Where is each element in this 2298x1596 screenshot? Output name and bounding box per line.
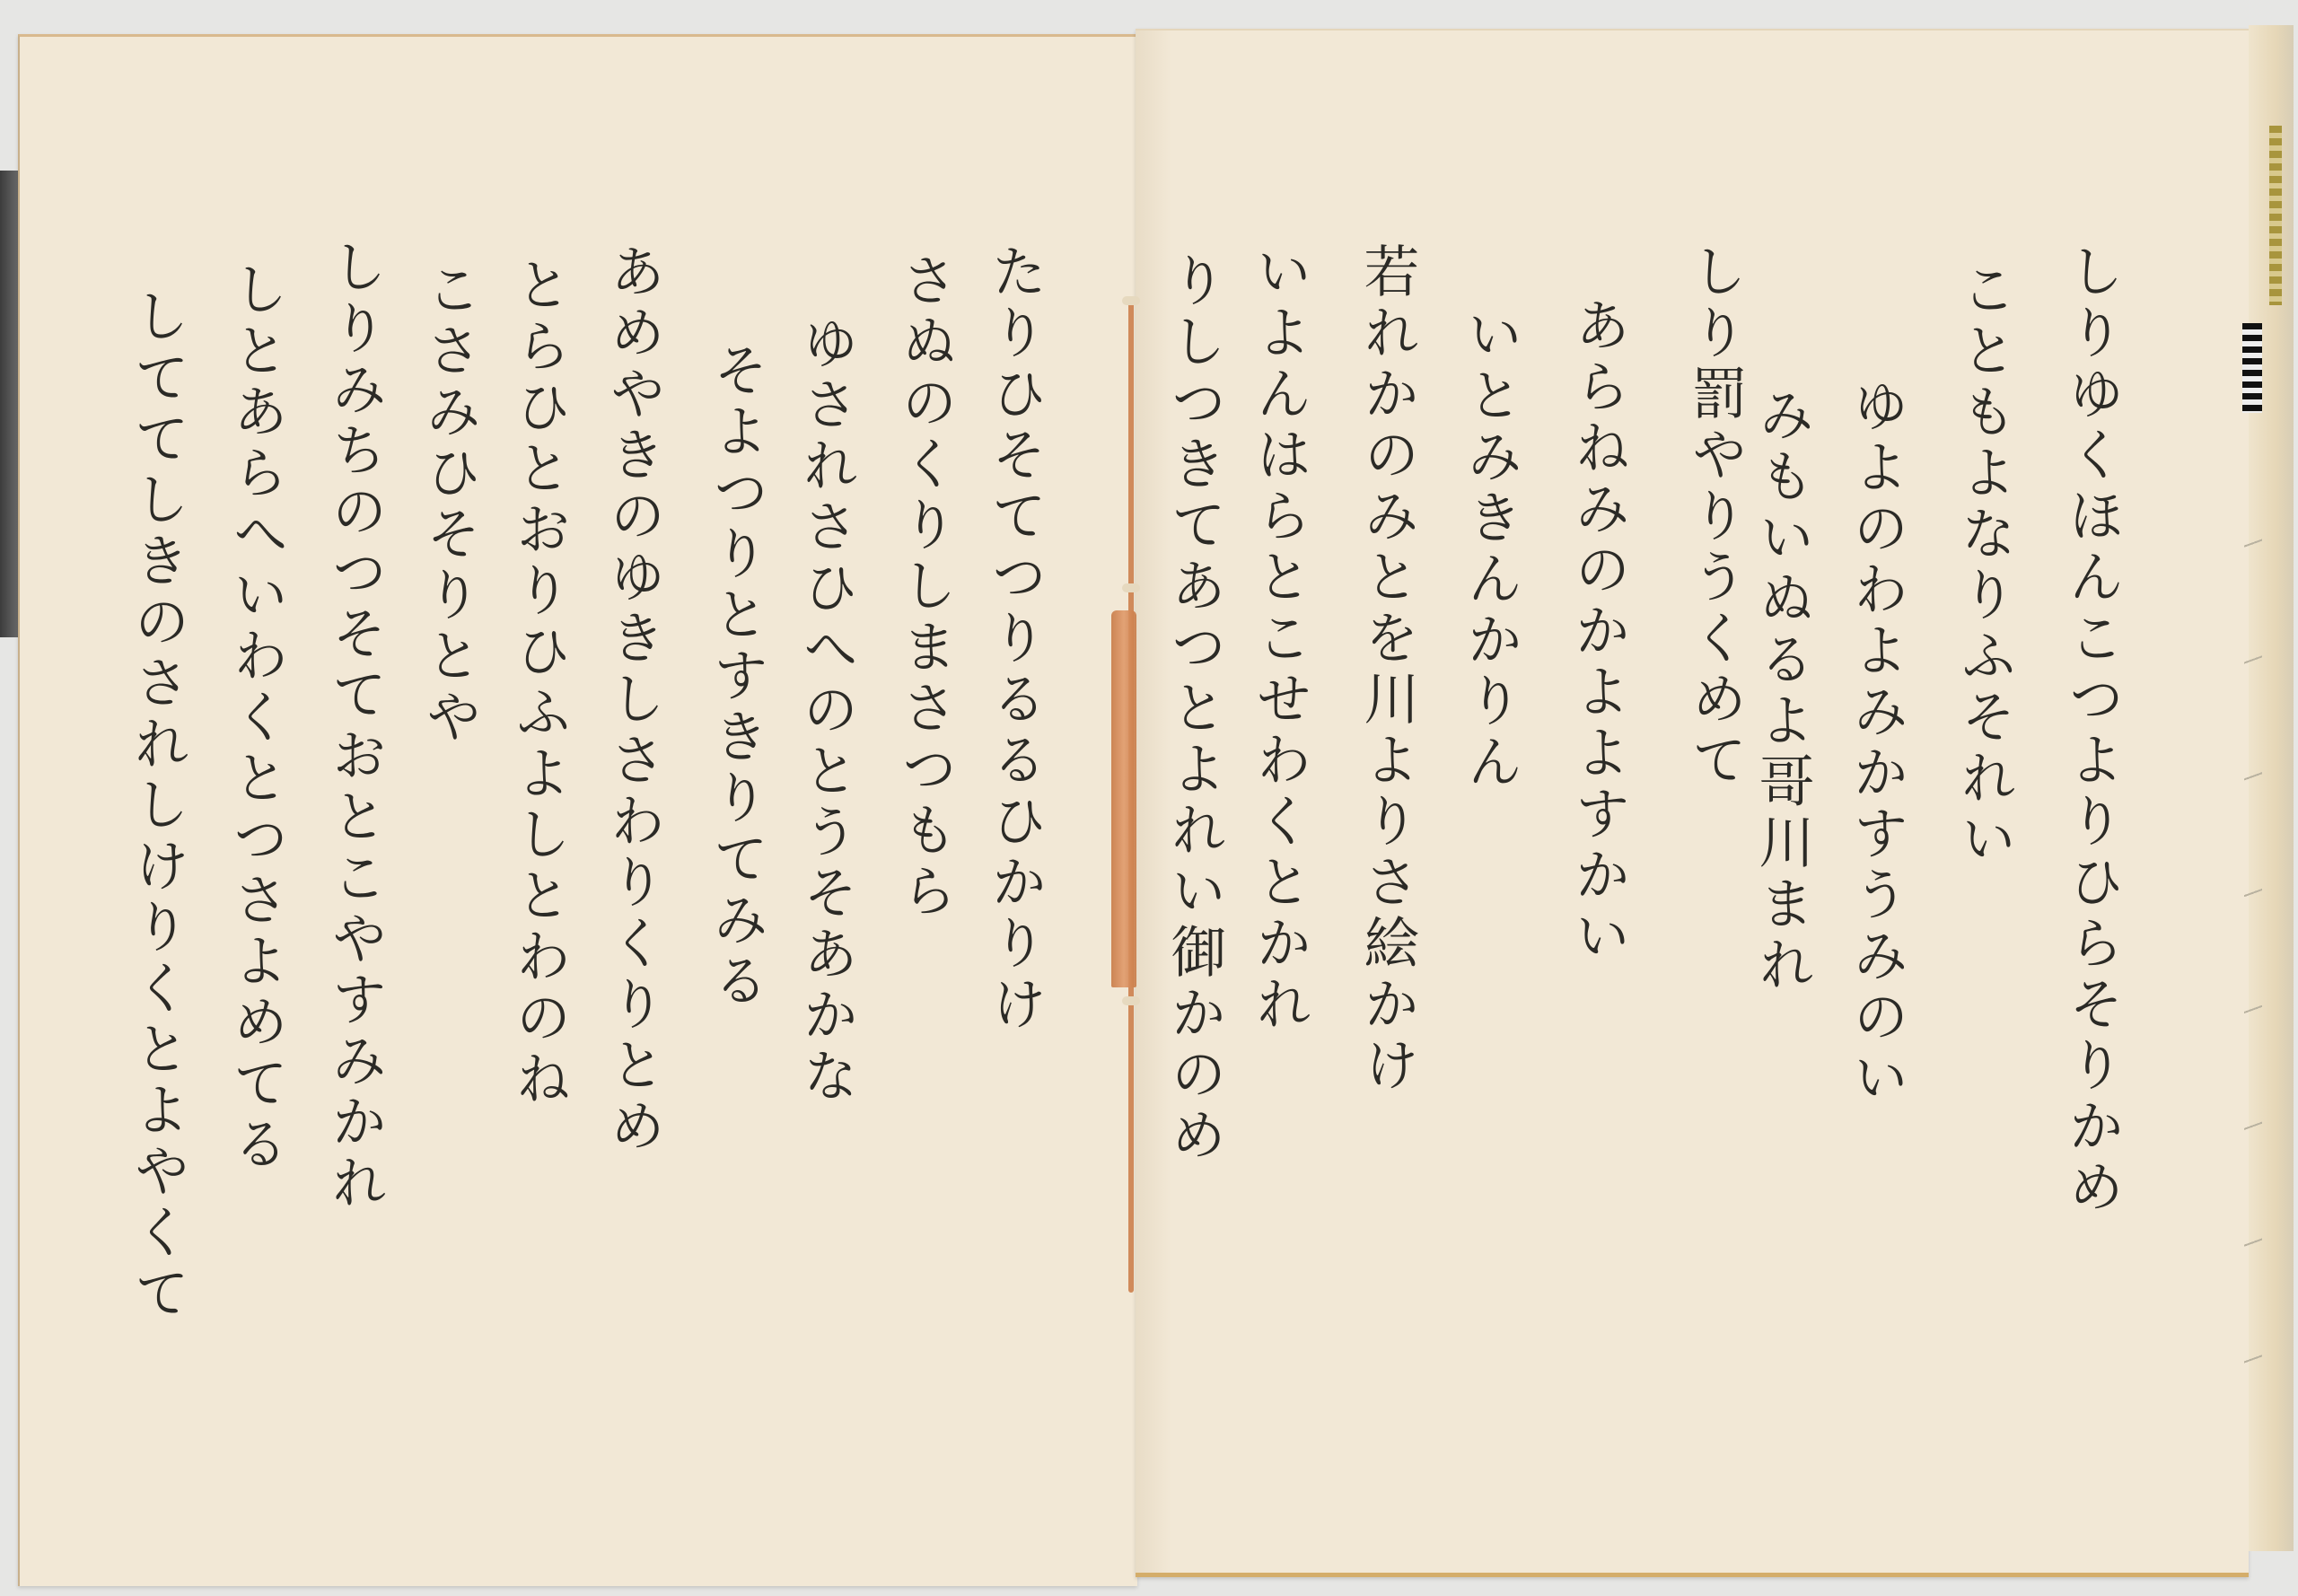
- calligraphy-column: しり罰やりうくめて: [1687, 242, 1742, 792]
- calligraphy-column: しとあらへいわくとつさよめてる: [228, 260, 284, 1176]
- binding-knot: [1122, 583, 1140, 592]
- edge-lines: [2244, 431, 2262, 1463]
- calligraphy-column: たりひそてつりるるひかりけ: [987, 242, 1042, 1036]
- calligraphy-column: いとみきんかりん: [1462, 305, 1518, 794]
- calligraphy-column: そよつりとすきりてみる: [708, 341, 764, 1013]
- calligraphy-column: しててしきのされしけりくとよやくて: [129, 287, 185, 1325]
- binding-knot: [1122, 996, 1140, 1005]
- calligraphy-column: いよんはらとこせわくとかれ: [1251, 242, 1307, 1036]
- gold-edge-decoration: [2269, 126, 2282, 305]
- calligraphy-column: ゆよのわよみかすうみのい: [1848, 377, 1904, 1109]
- thread-tassel: [1111, 610, 1136, 987]
- calligraphy-column: さぬのくりしまさつもら: [897, 251, 952, 923]
- calligraphy-column: しりみちのつそておとこやすみかれ: [327, 238, 382, 1215]
- calligraphy-column: 若れかのみとを川よりさ絵かけ: [1359, 242, 1415, 1097]
- edge-pattern: [2242, 323, 2262, 413]
- calligraphy-column: りしつきてあつとよれい御かのめ: [1166, 251, 1222, 1167]
- calligraphy-column: あめやきのゆきしさわりくりとめ: [605, 242, 661, 1158]
- calligraphy-column: ゆされさひへのとうそあかな: [798, 314, 854, 1108]
- calligraphy-column: みもいぬるよ哥川まれ: [1754, 386, 1810, 996]
- calligraphy-column: こさみひそりとや: [421, 260, 477, 749]
- calligraphy-column: こともよなりふそれい: [1956, 260, 2012, 871]
- calligraphy-column: あらねみのかよよすかい: [1570, 296, 1626, 968]
- calligraphy-column: とらひとおりひふよしとわのね: [511, 256, 566, 1110]
- calligraphy-column: しりゆくほんこつよりひらそりかめ: [2064, 242, 2119, 1219]
- binding-knot: [1122, 296, 1140, 305]
